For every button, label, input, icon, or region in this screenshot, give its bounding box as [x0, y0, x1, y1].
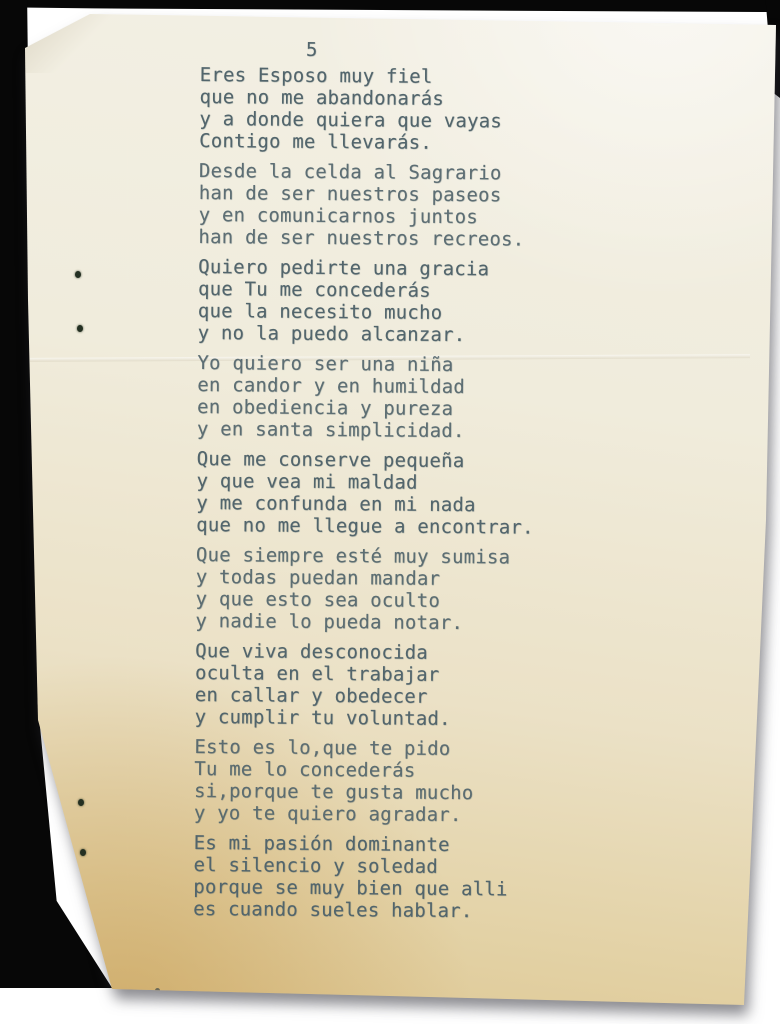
poem-line: y nadie lo pueda notar. — [195, 610, 533, 635]
poem-line: porque se muy bien que alli — [193, 876, 531, 901]
pinhole-mark — [75, 271, 81, 278]
poem-line: que no me llegue a encontrar. — [196, 514, 534, 539]
poem-line: y en comunicarnos juntos — [199, 204, 537, 229]
poem-line: es cuando sueles hablar. — [193, 898, 531, 923]
pinhole-mark — [80, 849, 86, 856]
paper-shadow-wrap: 5 Eres Esposo muy fielque no me abandona… — [0, 0, 780, 1024]
poem-line: y en santa simplicidad. — [197, 418, 535, 443]
poem-line: que Tu me concederás — [198, 278, 536, 303]
poem-line: y yo te quiero agradar. — [194, 802, 532, 827]
poem-line: Yo quiero ser una niña — [197, 352, 535, 377]
stanza: Que siempre esté muy sumisay todas pueda… — [195, 544, 533, 635]
poem-line: oculta en el trabajar — [195, 662, 533, 687]
corner-fold — [25, 13, 115, 73]
poem-line: y todas puedan mandar — [196, 566, 534, 591]
poem-line: Contigo me llevarás. — [199, 130, 537, 155]
stanza: Es mi pasión dominanteel silencio y sole… — [193, 832, 531, 923]
poem-line: y cumplir tu voluntad. — [195, 706, 533, 731]
poem-line: el silencio y soledad — [193, 854, 531, 879]
poem-line: y a donde quiera que vayas — [199, 108, 537, 133]
poem-line: y que vea mi maldad — [196, 470, 534, 495]
poem-line: en callar y obedecer — [195, 684, 533, 709]
scanned-document: 5 Eres Esposo muy fielque no me abandona… — [0, 0, 780, 1024]
poem: 5 Eres Esposo muy fielque no me abandona… — [193, 38, 538, 931]
stanza: Quiero pedirte una graciaque Tu me conce… — [198, 256, 536, 347]
stanza: Yo quiero ser una niñaen candor y en hum… — [197, 352, 535, 443]
poem-body: Eres Esposo muy fielque no me abandonará… — [193, 64, 537, 923]
poem-line: y no la puedo alcanzar. — [198, 322, 536, 347]
poem-line: Esto es lo,que te pido — [194, 736, 532, 761]
poem-line: y me confunda en mi nada — [196, 492, 534, 517]
stanza: Que viva desconocidaoculta en el trabaja… — [195, 640, 533, 731]
poem-line: en candor y en humildad — [197, 374, 535, 399]
poem-line: Desde la celda al Sagrario — [199, 160, 537, 185]
poem-line: Tu me lo concederás — [194, 758, 532, 783]
poem-line: Que siempre esté muy sumisa — [196, 544, 534, 569]
poem-line: Que me conserve pequeña — [197, 448, 535, 473]
page-number: 5 — [306, 39, 538, 63]
poem-line: y que esto sea oculto — [196, 588, 534, 613]
poem-line: en obediencia y pureza — [197, 396, 535, 421]
stanza: Eres Esposo muy fielque no me abandonará… — [199, 64, 537, 155]
poem-line: que no me abandonarás — [199, 86, 537, 111]
stanza: Esto es lo,que te pidoTu me lo concederá… — [194, 736, 532, 827]
poem-line: Que viva desconocida — [195, 640, 533, 665]
stanza: Que me conserve pequeñay que vea mi mald… — [196, 448, 534, 539]
pinhole-mark — [78, 799, 84, 806]
paper-speck — [155, 988, 160, 993]
stanza: Desde la celda al Sagrariohan de ser nue… — [198, 160, 536, 251]
poem-line: han de ser nuestros recreos. — [198, 226, 536, 251]
poem-line: si,porque te gusta mucho — [194, 780, 532, 805]
poem-line: Es mi pasión dominante — [194, 832, 532, 857]
poem-line: Quiero pedirte una gracia — [198, 256, 536, 281]
poem-line: que la necesito mucho — [198, 300, 536, 325]
paper-sheet: 5 Eres Esposo muy fielque no me abandona… — [0, 0, 780, 1024]
poem-line: Eres Esposo muy fiel — [200, 64, 538, 89]
pinhole-mark — [77, 325, 83, 332]
poem-line: han de ser nuestros paseos — [199, 182, 537, 207]
